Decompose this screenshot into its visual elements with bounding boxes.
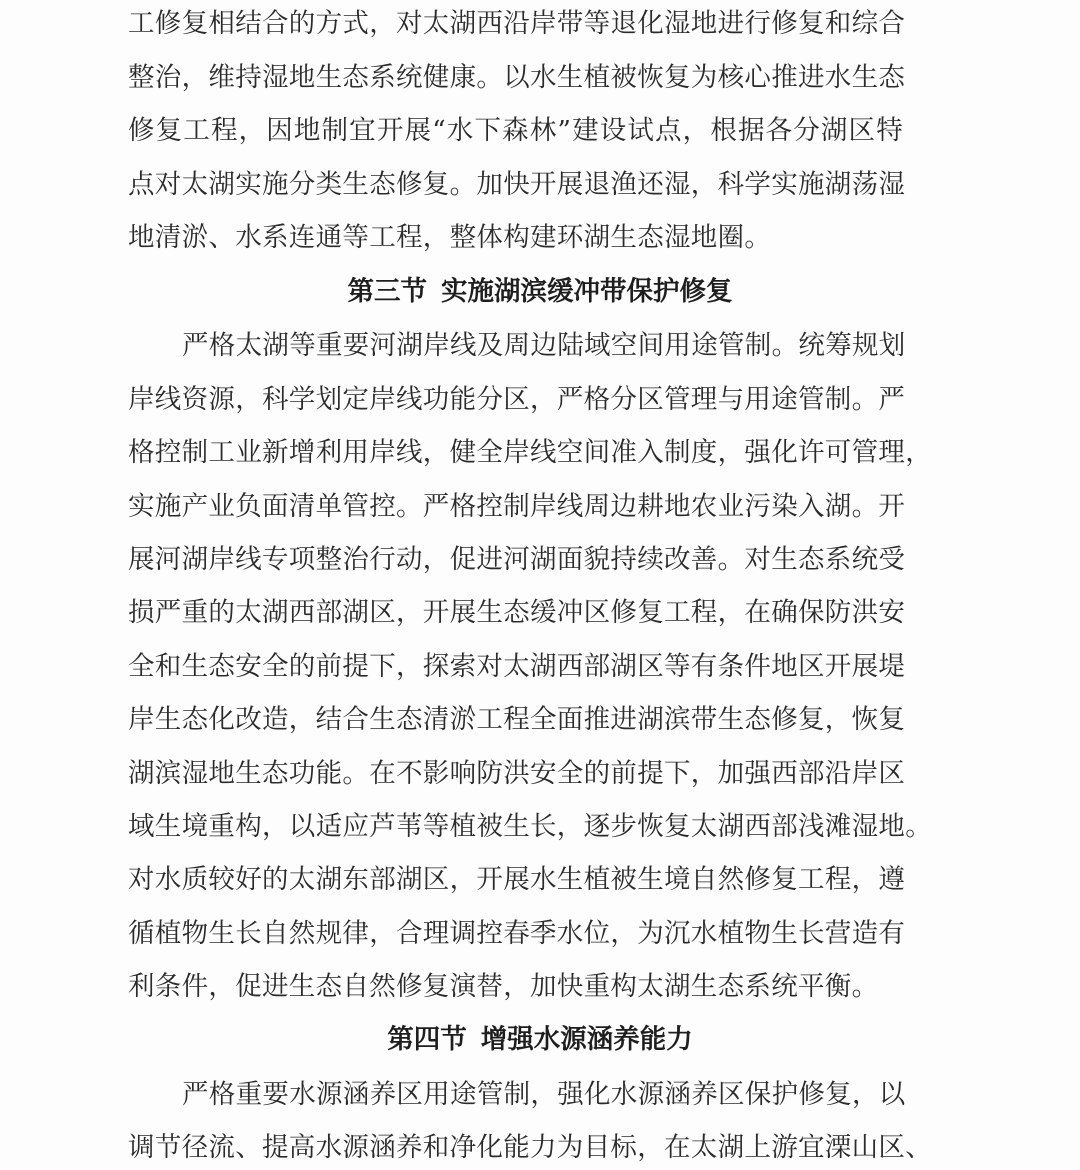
text-line: 地清淤、水系连通等工程，整体构建环湖生态湿地圈。 xyxy=(128,218,903,258)
text-line: 点对太湖实施分类生态修复。加快开展退渔还湿，科学实施湖荡湿 xyxy=(128,165,903,205)
section-heading-4: 第四节增强水源涵养能力 xyxy=(0,1020,1080,1060)
section-number: 第四节 xyxy=(387,1024,467,1055)
section-title: 实施湖滨缓冲带保护修复 xyxy=(441,276,733,307)
text-line: 整治，维持湿地生态系统健康。以水生植被恢复为核心推进水生态 xyxy=(128,58,903,98)
text-line: 严格重要水源涵养区用途管制，强化水源涵养区保护修复，以 xyxy=(182,1075,903,1115)
text-line: 湖滨湿地生态功能。在不影响防洪安全的前提下，加强西部沿岸区 xyxy=(128,754,903,794)
section-number: 第三节 xyxy=(348,276,428,307)
text-line: 岸生态化改造，结合生态清淤工程全面推进湖滨带生态修复，恢复 xyxy=(128,700,903,740)
text-line: 岸线资源，科学划定岸线功能分区，严格分区管理与用途管制。严 xyxy=(128,380,903,420)
section-title: 增强水源涵养能力 xyxy=(481,1024,693,1055)
text-line: 修复工程，因地制宜开展“水下森林”建设试点，根据各分湖区特 xyxy=(128,111,903,151)
text-line: 域生境重构，以适应芦苇等植被生长，逐步恢复太湖西部浅滩湿地。 xyxy=(128,807,903,847)
document-page: 工修复相结合的方式，对太湖西沿岸带等退化湿地进行修复和综合 整治，维持湿地生态系… xyxy=(0,0,1080,1170)
text-line: 严格太湖等重要河湖岸线及周边陆域空间用途管制。统筹规划 xyxy=(182,326,903,366)
text-line: 损严重的太湖西部湖区，开展生态缓冲区修复工程，在确保防洪安 xyxy=(128,593,903,633)
text-line: 全和生态安全的前提下，探索对太湖西部湖区等有条件地区开展堤 xyxy=(128,647,903,687)
text-line: 循植物生长自然规律，合理调控春季水位，为沉水植物生长营造有 xyxy=(128,914,903,954)
section-heading-3: 第三节实施湖滨缓冲带保护修复 xyxy=(0,272,1080,312)
text-line: 工修复相结合的方式，对太湖西沿岸带等退化湿地进行修复和综合 xyxy=(128,4,903,44)
text-line: 实施产业负面清单管控。严格控制岸线周边耕地农业污染入湖。开 xyxy=(128,487,903,527)
text-line: 展河湖岸线专项整治行动，促进河湖面貌持续改善。对生态系统受 xyxy=(128,540,903,580)
text-line: 格控制工业新增利用岸线，健全岸线空间准入制度，强化许可管理， xyxy=(128,433,903,473)
text-line: 调节径流、提高水源涵养和净化能力为目标，在太湖上游宜溧山区、 xyxy=(128,1128,903,1168)
text-line: 对水质较好的太湖东部湖区，开展水生植被生境自然修复工程，遵 xyxy=(128,860,903,900)
text-line: 利条件，促进生态自然修复演替，加快重构太湖生态系统平衡。 xyxy=(128,967,903,1007)
